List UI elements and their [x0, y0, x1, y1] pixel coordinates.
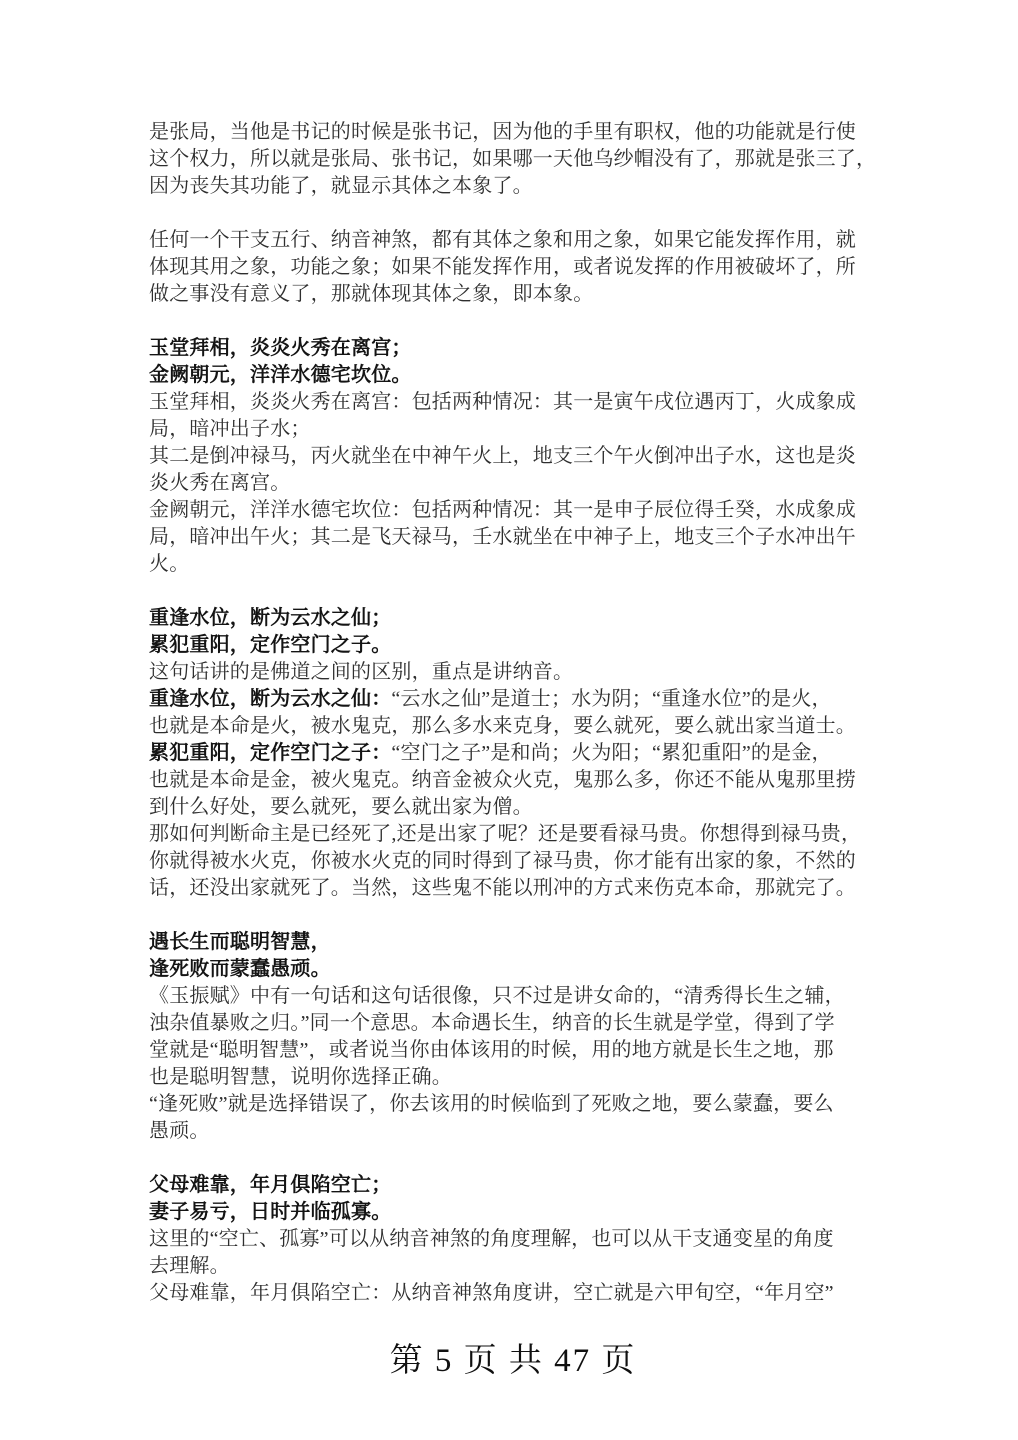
text-run: 那如何判断命主是已经死了,还是出家了呢？还是要看禄马贵。你想得到禄马贵， 你就得… [149, 823, 861, 899]
body-paragraph: 金阙朝元，洋洋水德宅坎位：包括两种情况：其一是申子辰位得壬癸，水成象成 局，暗冲… [149, 497, 877, 578]
bold-text-run: 父母难靠，年月俱陷空亡； [149, 1174, 391, 1196]
heading-line: 逢死败而蒙蠢愚顽。 [149, 956, 877, 983]
heading-line: 累犯重阳，定作空门之子。 [149, 632, 877, 659]
text-run: 金阙朝元，洋洋水德宅坎位：包括两种情况：其一是申子辰位得壬癸，水成象成 局，暗冲… [149, 499, 856, 575]
body-paragraph: 是张局，当他是书记的时候是张书记，因为他的手里有职权，他的功能就是行使 这个权力… [149, 119, 877, 200]
text-run: 任何一个干支五行、纳音神煞，都有其体之象和用之象，如果它能发挥作用，就 体现其用… [149, 229, 856, 305]
paragraph-gap [149, 200, 877, 227]
body-paragraph: “逢死败”就是选择错误了，你去该用的时候临到了死败之地，要么蒙蠢，要么 愚顽。 [149, 1091, 877, 1145]
body-paragraph: 这句话讲的是佛道之间的区别，重点是讲纳音。 [149, 659, 877, 686]
paragraph-gap [149, 902, 877, 929]
body-paragraph: 重逢水位，断为云水之仙：“云水之仙”是道士；水为阴；“重逢水位”的是火， 也就是… [149, 686, 877, 740]
heading-line: 玉堂拜相，炎炎火秀在离宫； [149, 335, 877, 362]
paragraph-gap [149, 1145, 877, 1172]
paragraph-gap [149, 308, 877, 335]
text-run: 玉堂拜相，炎炎火秀在离宫：包括两种情况：其一是寅午戌位遇丙丁，火成象成 局，暗冲… [149, 391, 856, 440]
text-run: 《玉振赋》中有一句话和这句话很像，只不过是讲女命的，“清秀得长生之辅， 浊杂值暴… [149, 985, 845, 1088]
text-run: 是张局，当他是书记的时候是张书记，因为他的手里有职权，他的功能就是行使 这个权力… [149, 121, 876, 197]
body-paragraph: 《玉振赋》中有一句话和这句话很像，只不过是讲女命的，“清秀得长生之辅， 浊杂值暴… [149, 983, 877, 1091]
text-run: 这里的“空亡、孤寡”可以从纳音神煞的角度理解，也可以从干支通变星的角度 去理解。 [149, 1228, 834, 1277]
heading-line: 重逢水位，断为云水之仙； [149, 605, 877, 632]
page-background: { "page": { "background_color": "#ffffff… [0, 0, 1018, 1440]
text-run: 这句话讲的是佛道之间的区别，重点是讲纳音。 [149, 661, 573, 683]
bold-text-run: 累犯重阳，定作空门之子。 [149, 634, 391, 656]
text-run: “逢死败”就是选择错误了，你去该用的时候临到了死败之地，要么蒙蠢，要么 愚顽。 [149, 1093, 834, 1142]
bold-text-run: 累犯重阳，定作空门之子： [149, 742, 391, 764]
text-run: 父母难靠，年月俱陷空亡：从纳音神煞角度讲，空亡就是六甲旬空，“年月空” [149, 1282, 834, 1304]
body-paragraph: 那如何判断命主是已经死了,还是出家了呢？还是要看禄马贵。你想得到禄马贵， 你就得… [149, 821, 877, 902]
heading-line: 妻子易亏，日时并临孤寡。 [149, 1199, 877, 1226]
bold-text-run: 金阙朝元，洋洋水德宅坎位。 [149, 364, 412, 386]
body-paragraph: 这里的“空亡、孤寡”可以从纳音神煞的角度理解，也可以从干支通变星的角度 去理解。 [149, 1226, 877, 1280]
bold-text-run: 遇长生而聪明智慧， [149, 931, 331, 953]
bold-text-run: 重逢水位，断为云水之仙； [149, 607, 391, 629]
text-run: 其二是倒冲禄马，丙火就坐在中神午火上，地支三个午火倒冲出子水，这也是炎 炎火秀在… [149, 445, 856, 494]
body-paragraph: 父母难靠，年月俱陷空亡：从纳音神煞角度讲，空亡就是六甲旬空，“年月空” [149, 1280, 877, 1307]
heading-line: 父母难靠，年月俱陷空亡； [149, 1172, 877, 1199]
bold-text-run: 玉堂拜相，炎炎火秀在离宫； [149, 337, 412, 359]
body-paragraph: 累犯重阳，定作空门之子：“空门之子”是和尚；火为阳；“累犯重阳”的是金， 也就是… [149, 740, 877, 821]
paragraph-gap [149, 578, 877, 605]
document-page: 是张局，当他是书记的时候是张书记，因为他的手里有职权，他的功能就是行使 这个权力… [0, 0, 1018, 1440]
body-paragraph: 其二是倒冲禄马，丙火就坐在中神午火上，地支三个午火倒冲出子水，这也是炎 炎火秀在… [149, 443, 877, 497]
heading-line: 金阙朝元，洋洋水德宅坎位。 [149, 362, 877, 389]
body-paragraph: 玉堂拜相，炎炎火秀在离宫：包括两种情况：其一是寅午戌位遇丙丁，火成象成 局，暗冲… [149, 389, 877, 443]
bold-text-run: 妻子易亏，日时并临孤寡。 [149, 1201, 391, 1223]
bold-text-run: 逢死败而蒙蠢愚顽。 [149, 958, 331, 980]
heading-line: 遇长生而聪明智慧， [149, 929, 877, 956]
document-body: 是张局，当他是书记的时候是张书记，因为他的手里有职权，他的功能就是行使 这个权力… [149, 119, 877, 1307]
body-paragraph: 任何一个干支五行、纳音神煞，都有其体之象和用之象，如果它能发挥作用，就 体现其用… [149, 227, 877, 308]
page-footer: 第 5 页 共 47 页 [149, 1339, 877, 1383]
bold-text-run: 重逢水位，断为云水之仙： [149, 688, 391, 710]
